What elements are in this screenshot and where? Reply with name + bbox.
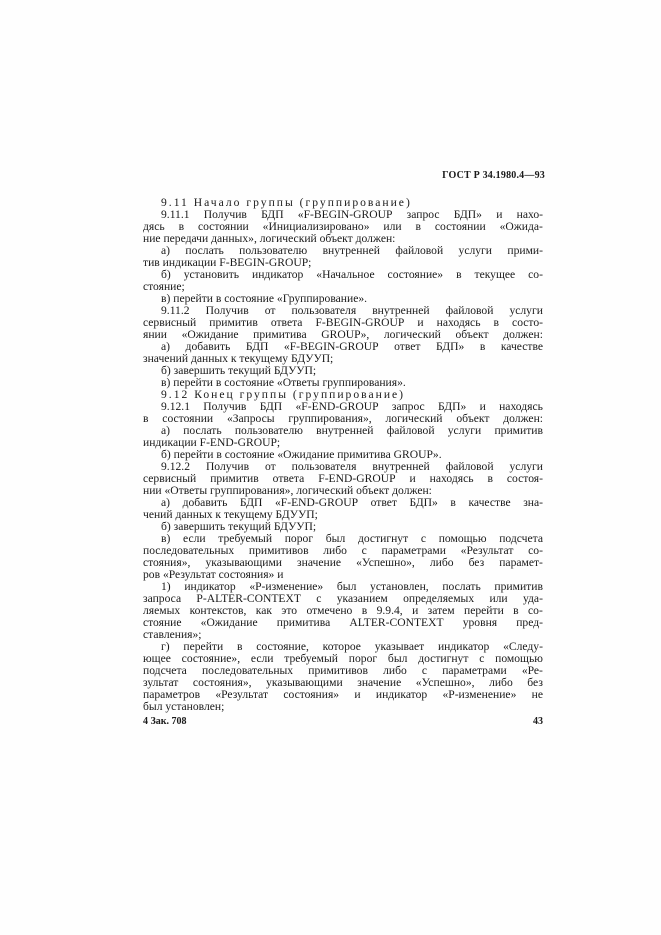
word: внутренней <box>316 425 373 437</box>
word: пред- <box>516 617 543 629</box>
word: в <box>450 497 455 509</box>
word: «Ожида- <box>500 221 543 233</box>
word: ALTER-CONTEXT <box>349 617 443 629</box>
word: услуги <box>459 245 493 257</box>
word: в <box>143 413 148 425</box>
word: текущее <box>475 269 516 281</box>
word: файловой <box>395 245 443 257</box>
word: «Начальное <box>316 269 374 281</box>
word: ответ <box>371 497 397 509</box>
word: индикатор <box>376 689 427 701</box>
word: внутренней <box>323 245 380 257</box>
word: со- <box>528 269 543 281</box>
word: прими- <box>507 245 543 257</box>
standard-header: ГОСТ Р 34.1980.4—93 <box>410 170 545 181</box>
word: состоя- <box>507 473 543 485</box>
line-text: был установлен; <box>143 701 224 713</box>
page-number: 43 <box>533 716 543 727</box>
word: состояние» <box>388 269 444 281</box>
word: БДП» <box>410 497 438 509</box>
text-line: б)установитьиндикатор«Начальноесостояние… <box>143 269 543 281</box>
word: БДП» <box>436 341 464 353</box>
word: без <box>469 557 485 569</box>
word: находясь <box>430 473 474 485</box>
word: парамет- <box>499 557 543 569</box>
word: услуги <box>448 425 482 437</box>
word: состояния» <box>283 689 339 701</box>
word: состоянии <box>435 221 486 233</box>
word: значение <box>297 557 341 569</box>
word: и <box>354 689 360 701</box>
word: в <box>416 221 421 233</box>
word: качестве <box>501 341 543 353</box>
word: либо <box>430 557 454 569</box>
word: как <box>256 605 272 617</box>
word: в <box>494 317 499 329</box>
word: ответ <box>394 341 420 353</box>
word: не <box>532 689 543 701</box>
word: 9.11.1 <box>161 209 190 221</box>
word: примитива <box>277 617 331 629</box>
word: уровня <box>463 617 497 629</box>
word: зна- <box>523 497 543 509</box>
word: индикатор <box>252 269 303 281</box>
word: качестве <box>468 497 510 509</box>
document-page: ГОСТ Р 34.1980.4—93 9.11 Начало группы (… <box>0 0 661 935</box>
word: примитив <box>494 425 543 437</box>
word: «Р-изменение» <box>442 689 516 701</box>
word: в <box>456 269 461 281</box>
word: «Успешно», <box>356 557 415 569</box>
document-body: 9.11 Начало группы (группирование)9.11.1… <box>143 197 543 713</box>
word: в <box>480 341 485 353</box>
text-line: был установлен; <box>143 701 543 713</box>
word: установить <box>184 269 239 281</box>
word: файловой <box>387 425 435 437</box>
page-footer: 4 Зак. 708 43 <box>143 716 543 727</box>
text-line: стояние«ОжиданиепримитиваALTER-CONTEXTур… <box>143 617 543 629</box>
word: «Ожидание <box>201 617 258 629</box>
word: в <box>487 473 492 485</box>
order-number: 4 Зак. 708 <box>143 716 187 727</box>
